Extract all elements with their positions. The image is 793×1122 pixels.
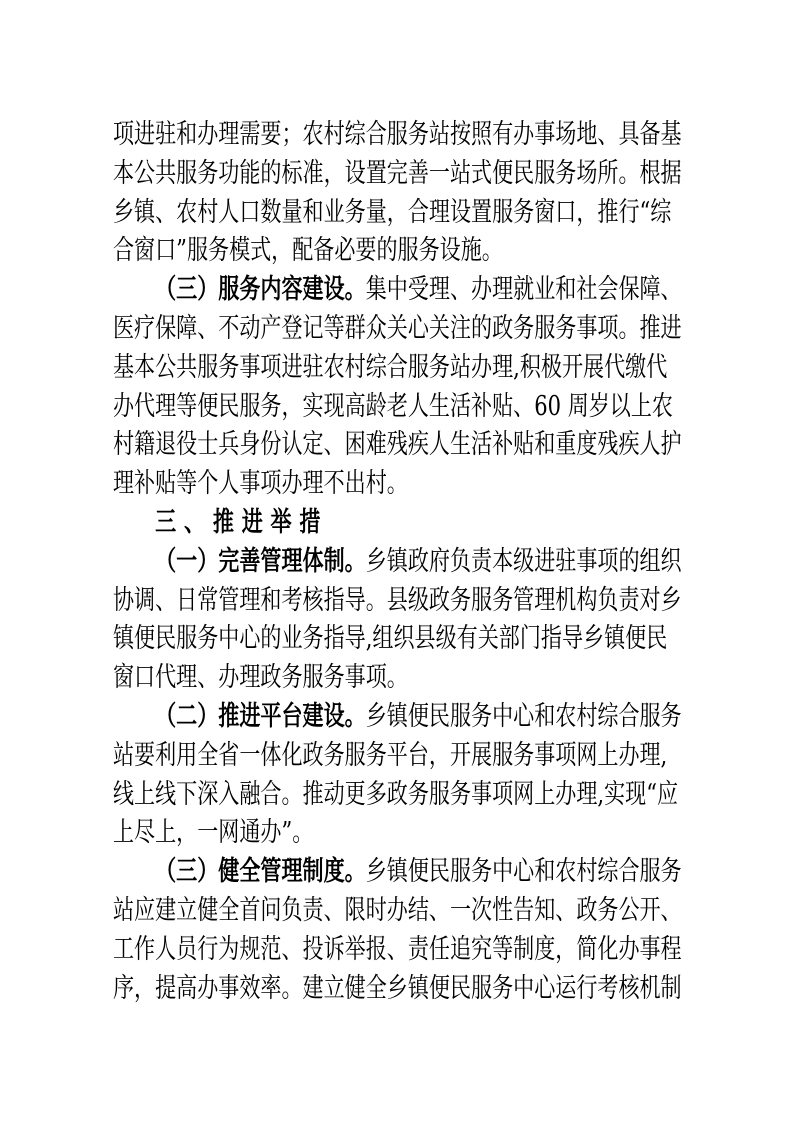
line-text: 乡镇政府负责本级进驻事项的组织: [366, 546, 682, 577]
line-text: 窗口代理、办理政务服务事项。: [113, 662, 408, 693]
paragraph-first-line: （二）推进平台建设。乡镇便民服务中心和农村综合服务: [113, 698, 684, 737]
text-line: 合窗口”服务模式，配备必要的服务设施。: [113, 232, 684, 271]
line-text: 项进驻和办理需要；农村综合服务站按照有办事场地、具备基: [113, 119, 682, 150]
line-text: 基本公共服务事项进驻农村综合服务站办理,积极开展代缴代: [113, 352, 667, 383]
line-text: 集中受理、办理就业和社会保障、: [366, 274, 682, 305]
text-line: 基本公共服务事项进驻农村综合服务站办理,积极开展代缴代: [113, 349, 684, 388]
paragraph-lead-bold: （三）服务内容建设。: [155, 274, 366, 305]
line-text: 协调、日常管理和考核指导。县级政务服务管理机构负责对乡: [113, 585, 682, 616]
text-line: 上尽上，一网通办”。: [113, 814, 684, 853]
line-text: 合窗口”服务模式，配备必要的服务设施。: [113, 235, 503, 266]
paragraph-lead-bold: （二）推进平台建设。: [155, 701, 366, 732]
text-line: 工作人员行为规范、投诉举报、责任追究等制度，简化办事程: [113, 931, 684, 970]
text-line: 项进驻和办理需要；农村综合服务站按照有办事场地、具备基: [113, 116, 684, 155]
text-line: 线上线下深入融合。推动更多政务服务事项网上办理,实现“应: [113, 776, 684, 815]
line-text: 序，提高办事效率。建立健全乡镇便民服务中心运行考核机制: [113, 973, 682, 1004]
line-text: 办代理等便民服务，实现高龄老人生活补贴、60 周岁以上农: [113, 391, 673, 422]
line-text: 工作人员行为规范、投诉举报、责任追究等制度，简化办事程: [113, 934, 682, 965]
line-text: 乡镇便民服务中心和农村综合服务: [366, 701, 682, 732]
line-text: 本公共服务功能的标准，设置完善一站式便民服务场所。根据: [113, 158, 682, 189]
text-line: 站要利用全省一体化政务服务平台，开展服务事项网上办理,: [113, 737, 684, 776]
text-line: 协调、日常管理和考核指导。县级政务服务管理机构负责对乡: [113, 582, 684, 621]
paragraph-first-line: （一）完善管理体制。乡镇政府负责本级进驻事项的组织: [113, 543, 684, 582]
text-line: 站应建立健全首问负责、限时办结、一次性告知、政务公开、: [113, 892, 684, 931]
line-text: 乡镇便民服务中心和农村综合服务: [366, 856, 682, 887]
text-line: 乡镇、农村人口数量和业务量，合理设置服务窗口，推行“综: [113, 194, 684, 233]
paragraph-lead-bold: （一）完善管理体制。: [155, 546, 366, 577]
line-text: 站要利用全省一体化政务服务平台，开展服务事项网上办理,: [113, 740, 667, 771]
paragraph-first-line: （三）健全管理制度。乡镇便民服务中心和农村综合服务: [113, 853, 684, 892]
section-heading: 三、推进举措: [113, 504, 684, 543]
paragraph-first-line: （三）服务内容建设。集中受理、办理就业和社会保障、: [113, 271, 684, 310]
line-text: 镇便民服务中心的业务指导,组织县级有关部门指导乡镇便民: [113, 623, 667, 654]
line-text: 线上线下深入融合。推动更多政务服务事项网上办理,实现“应: [113, 779, 678, 810]
text-line: 窗口代理、办理政务服务事项。: [113, 659, 684, 698]
text-line: 医疗保障、不动产登记等群众关心关注的政务服务事项。推进: [113, 310, 684, 349]
section-heading-text: 三、推进举措: [155, 507, 328, 538]
line-text: 医疗保障、不动产登记等群众关心关注的政务服务事项。推进: [113, 313, 682, 344]
text-line: 理补贴等个人事项办理不出村。: [113, 465, 684, 504]
document-page: 项进驻和办理需要；农村综合服务站按照有办事场地、具备基 本公共服务功能的标准，设…: [0, 0, 793, 1122]
line-text: 乡镇、农村人口数量和业务量，合理设置服务窗口，推行“综: [113, 197, 671, 228]
text-line: 本公共服务功能的标准，设置完善一站式便民服务场所。根据: [113, 155, 684, 194]
line-text: 村籍退役士兵身份认定、困难残疾人生活补贴和重度残疾人护: [113, 429, 682, 460]
line-text: 上尽上，一网通办”。: [113, 817, 313, 848]
paragraph-lead-bold: （三）健全管理制度。: [155, 856, 366, 887]
text-line: 办代理等便民服务，实现高龄老人生活补贴、60 周岁以上农: [113, 388, 684, 427]
text-line: 村籍退役士兵身份认定、困难残疾人生活补贴和重度残疾人护: [113, 426, 684, 465]
document-body: 项进驻和办理需要；农村综合服务站按照有办事场地、具备基 本公共服务功能的标准，设…: [113, 116, 684, 1008]
line-text: 理补贴等个人事项办理不出村。: [113, 468, 408, 499]
text-line: 序，提高办事效率。建立健全乡镇便民服务中心运行考核机制: [113, 970, 684, 1009]
line-text: 站应建立健全首问负责、限时办结、一次性告知、政务公开、: [113, 895, 682, 926]
text-line: 镇便民服务中心的业务指导,组织县级有关部门指导乡镇便民: [113, 620, 684, 659]
